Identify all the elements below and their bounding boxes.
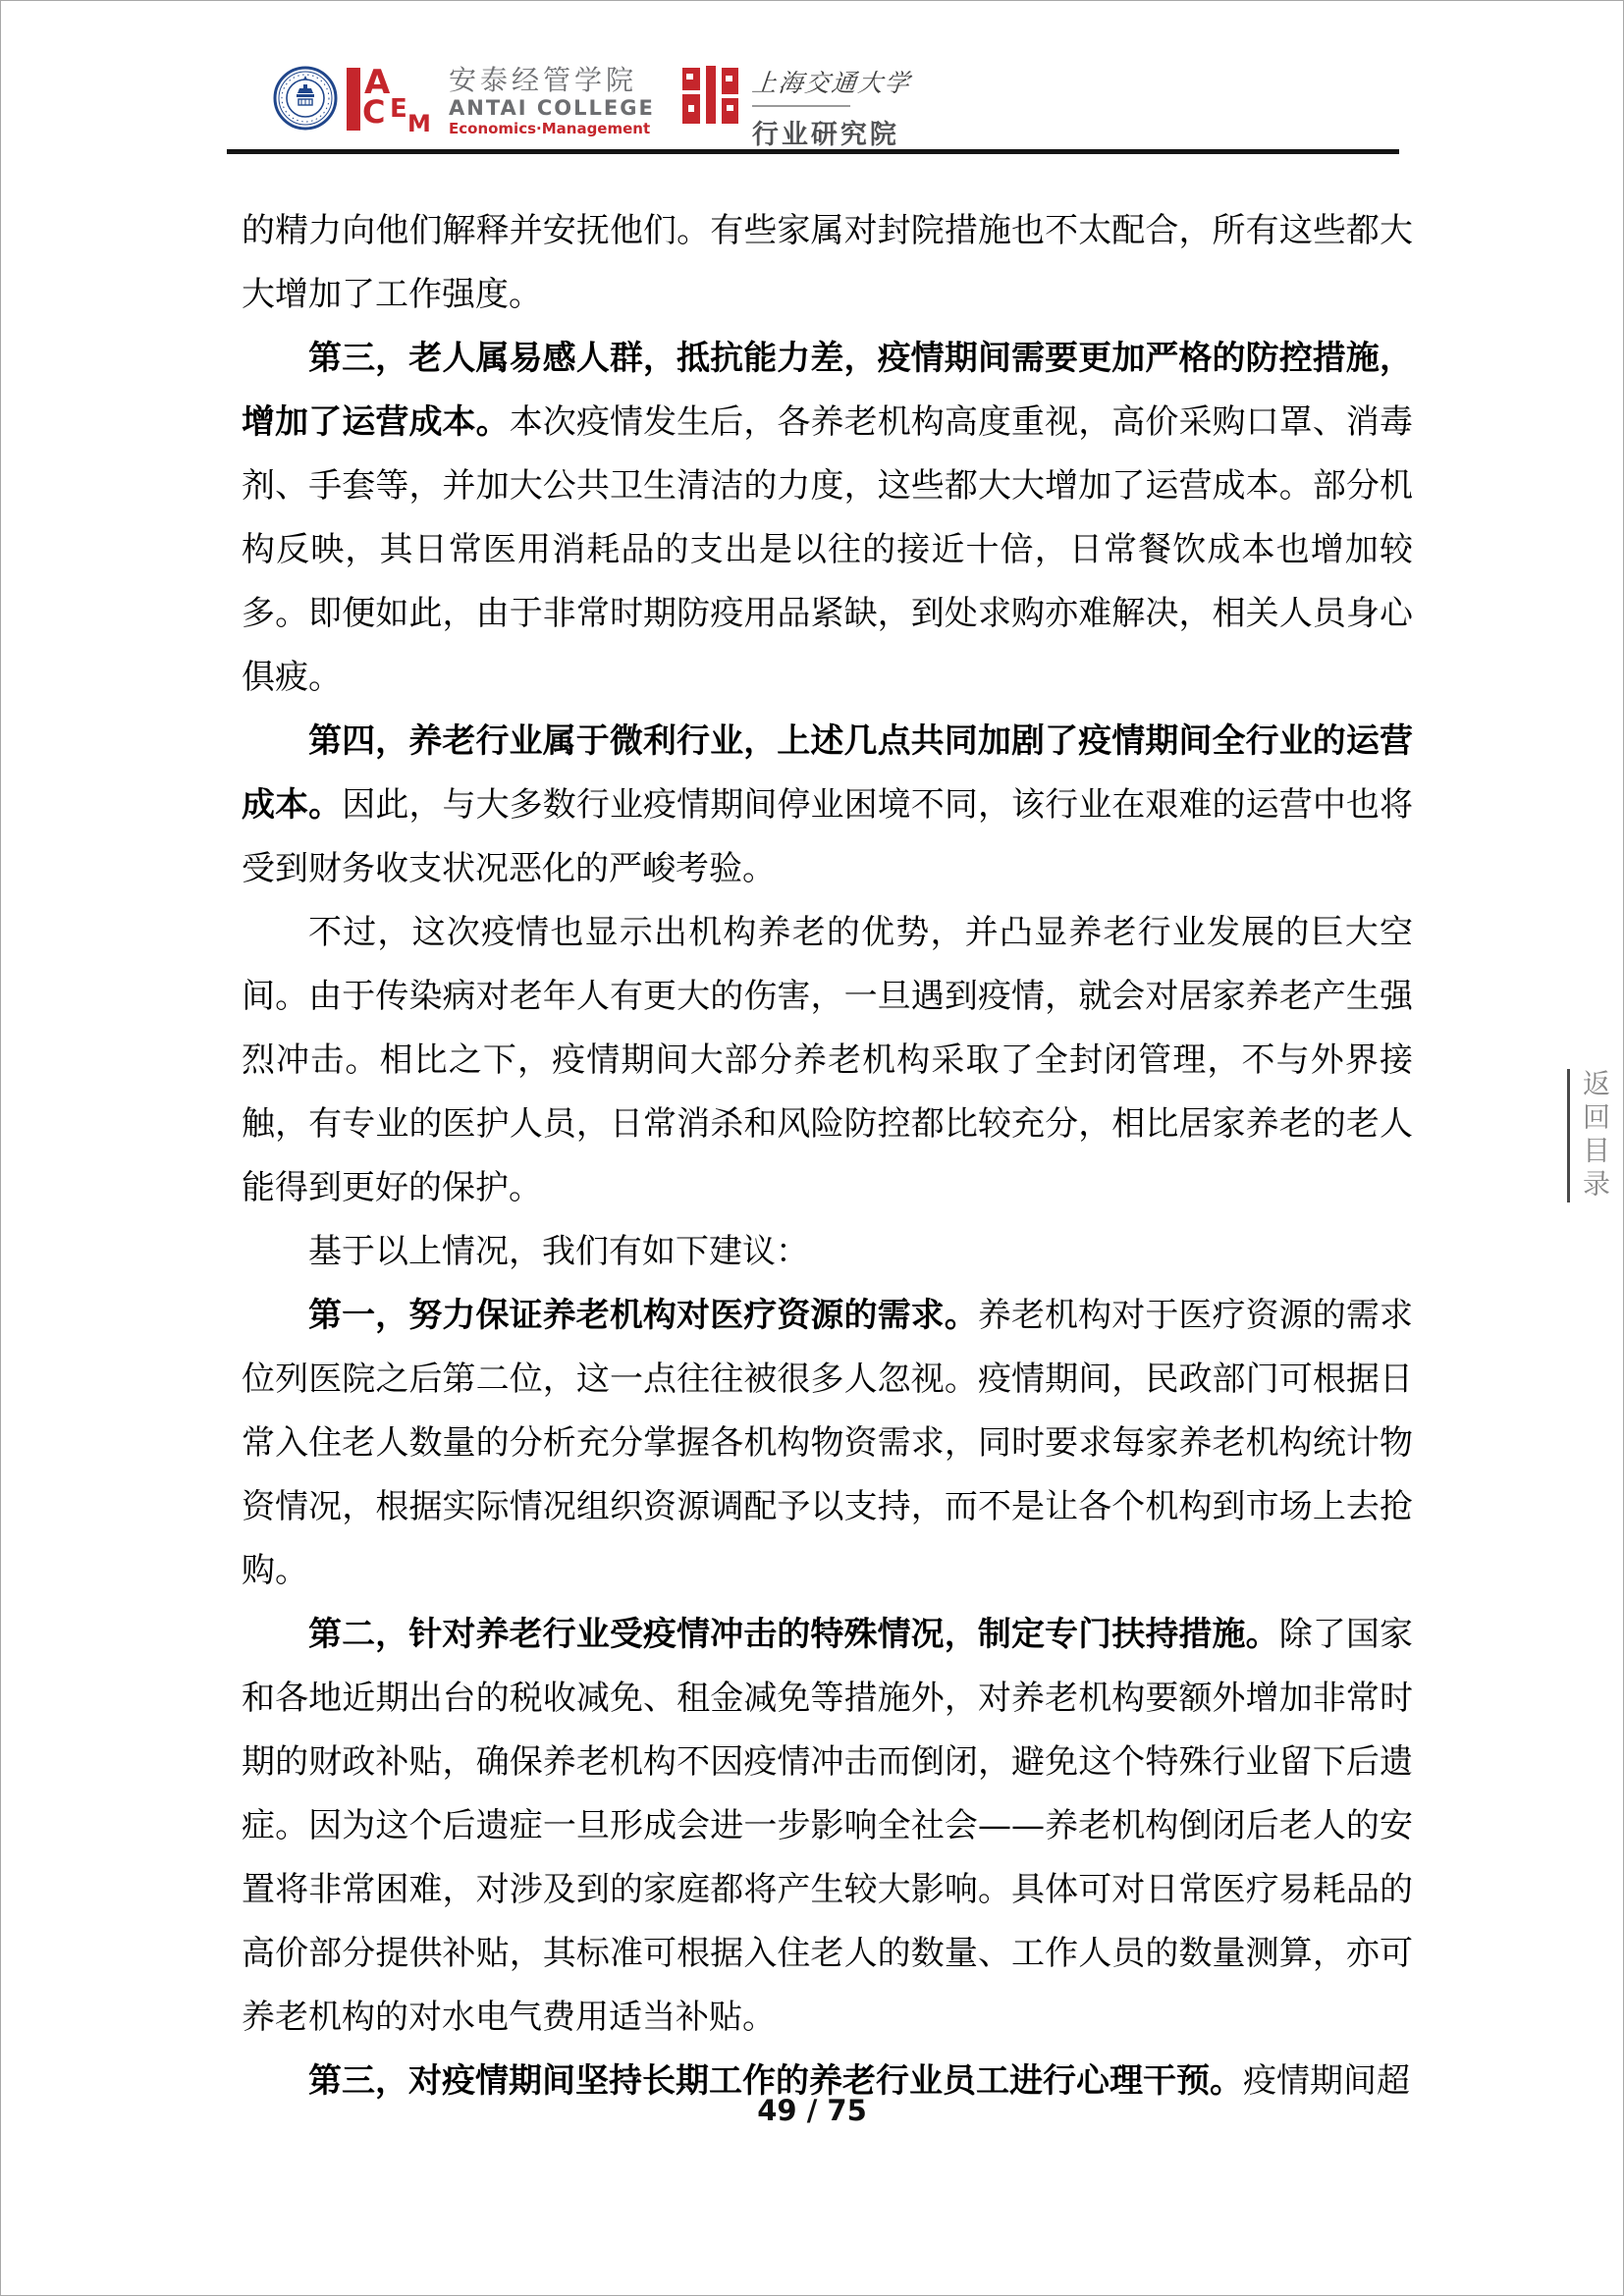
paragraph: 第一，努力保证养老机构对医疗资源的需求。养老机构对于医疗资源的需求位列医院之后第… xyxy=(242,1284,1413,1603)
college-name-block: 安泰经管学院 ANTAI COLLEGE Economics·Managemen… xyxy=(449,66,655,137)
college-name-cn: 安泰经管学院 xyxy=(449,66,655,94)
svg-text:E: E xyxy=(390,94,407,124)
paragraph: 第二，针对养老行业受疫情冲击的特殊情况，制定专门扶持措施。除了国家和各地近期出台… xyxy=(242,1603,1413,2050)
paragraph-lead-bold: 第三，老人属易感人群，抵抗能力差，疫情期间需要更加严格的防控措施，增加了运营成本… xyxy=(242,339,1413,442)
paragraph: 第三，老人属易感人群，抵抗能力差，疫情期间需要更加严格的防控措施，增加了运营成本… xyxy=(242,327,1413,710)
sjtu-seal-icon xyxy=(272,64,339,133)
page-header: A C E M 安泰经管学院 ANTAI COLLEGE Economics·M… xyxy=(272,58,911,142)
college-subtitle: Economics·Management xyxy=(449,122,655,137)
industry-institute-logo-icon xyxy=(682,66,738,126)
svg-text:C: C xyxy=(362,93,385,131)
institute-name-block: 上海交通大学 行业研究院 xyxy=(752,64,911,151)
institute-name: 行业研究院 xyxy=(752,113,911,151)
document-page: A C E M 安泰经管学院 ANTAI COLLEGE Economics·M… xyxy=(0,0,1624,2296)
body-text: 的精力向他们解释并安抚他们。有些家属对封院措施也不太配合，所有这些都大大增加了工… xyxy=(242,199,1413,2113)
college-name-en: ANTAI COLLEGE xyxy=(449,97,655,119)
paragraph: 的精力向他们解释并安抚他们。有些家属对封院措施也不太配合，所有这些都大大增加了工… xyxy=(242,199,1413,327)
institute-divider xyxy=(752,105,850,107)
university-script-name: 上海交通大学 xyxy=(750,64,913,99)
acem-logo-icon: A C E M xyxy=(347,62,439,133)
paragraph-lead-bold: 第二，针对养老行业受疫情冲击的特殊情况，制定专门扶持措施。 xyxy=(308,1615,1279,1654)
paragraph: 第四，养老行业属于微利行业，上述几点共同加剧了疫情期间全行业的运营成本。因此，与… xyxy=(242,710,1413,901)
header-rule xyxy=(227,149,1399,154)
paragraph: 基于以上情况，我们有如下建议： xyxy=(242,1220,1413,1284)
paragraph: 不过，这次疫情也显示出机构养老的优势，并凸显养老行业发展的巨大空间。由于传染病对… xyxy=(242,901,1413,1220)
back-to-toc-link[interactable]: 返回目录 xyxy=(1567,1069,1614,1202)
page-number: 49 / 75 xyxy=(1,2094,1623,2127)
paragraph-lead-bold: 第一，努力保证养老机构对医疗资源的需求。 xyxy=(308,1296,978,1335)
paragraph-lead-bold: 第四，养老行业属于微利行业，上述几点共同加剧了疫情期间全行业的运营成本。 xyxy=(242,721,1413,825)
svg-text:M: M xyxy=(407,110,431,133)
